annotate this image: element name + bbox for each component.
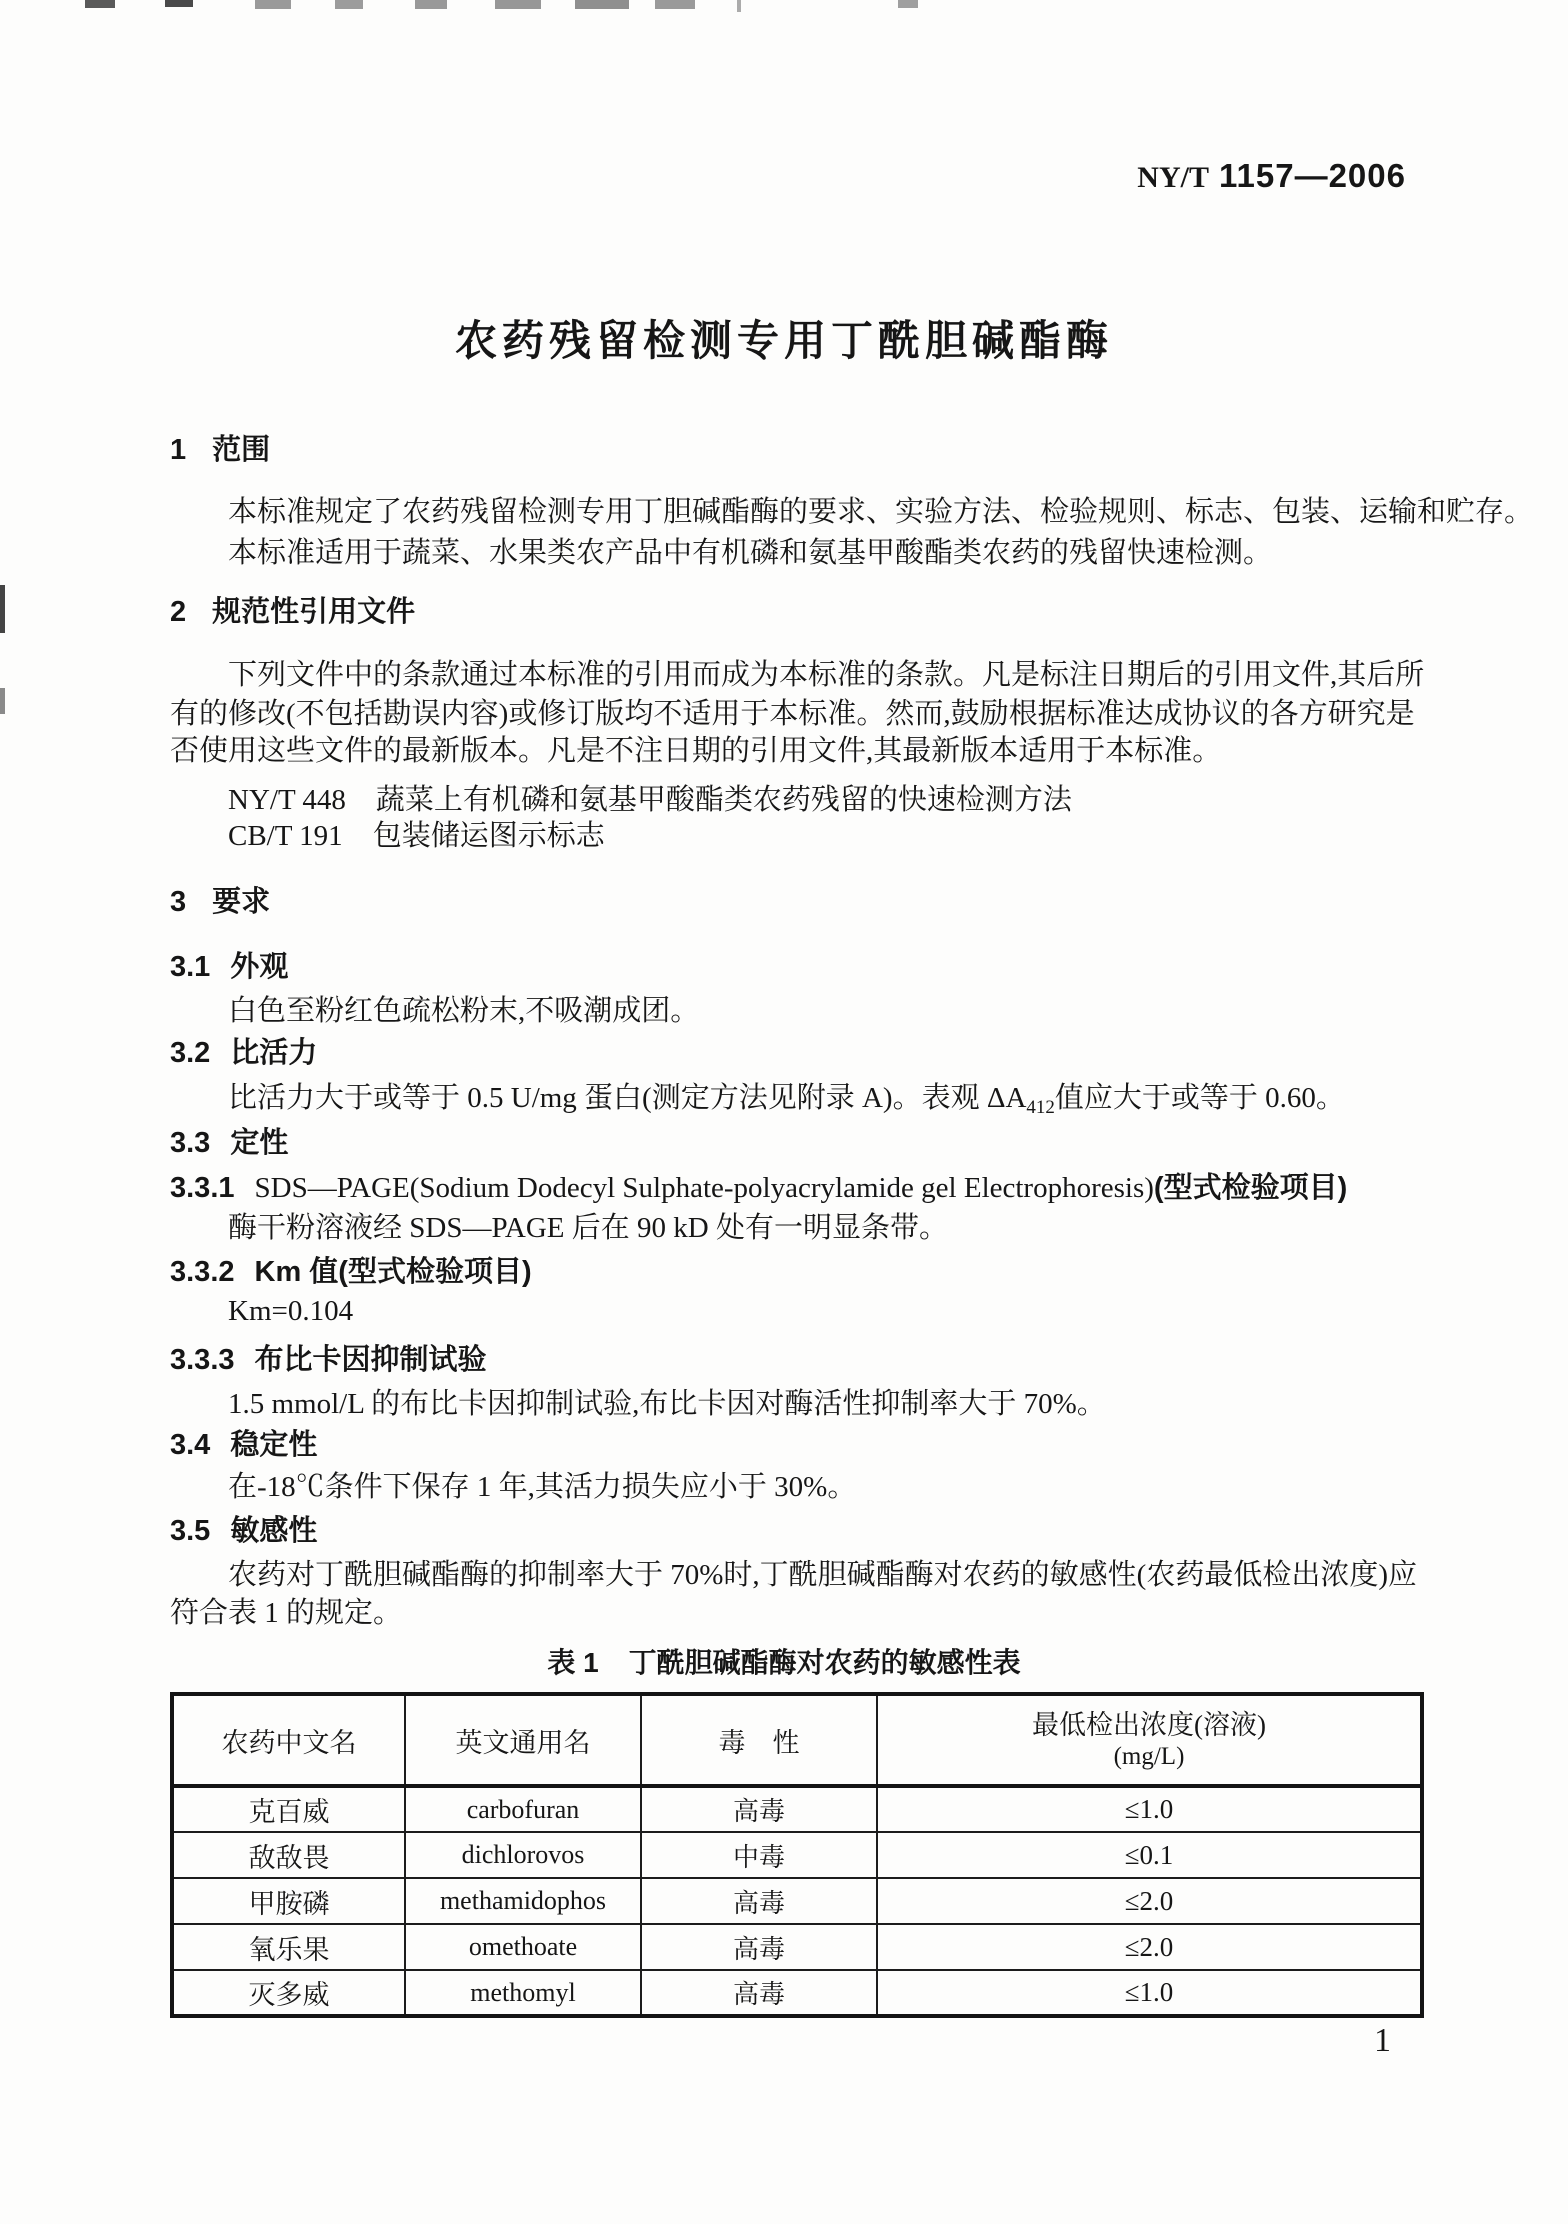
- standard-code: NY/T1157—2006: [1137, 156, 1406, 198]
- section-title: 敏感性: [230, 1511, 317, 1551]
- cell-pesticide-en: omethoate: [405, 1924, 641, 1970]
- heading-chinese-part: (型式检验项目): [1154, 1168, 1347, 1208]
- column-header-mdl-line1: 最低检出浓度(溶液): [878, 1708, 1420, 1742]
- cell-pesticide-en: carbofuran: [405, 1786, 641, 1832]
- table-row: 灭多威 methomyl 高毒 ≤1.0: [172, 1970, 1422, 2016]
- section-3-3-2-heading: 3.3.2Km 值(型式检验项目): [170, 1252, 532, 1292]
- cell-toxicity: 高毒: [641, 1786, 877, 1832]
- scan-artifact: [898, 0, 918, 8]
- section-number: 3.3: [170, 1123, 210, 1163]
- paragraph-specific-activity: 比活力大于或等于 0.5 U/mg 蛋白(测定方法见附录 A)。表观 ΔA412…: [228, 1078, 1345, 1128]
- section-number: 3.1: [170, 947, 210, 987]
- section-number: 3.4: [170, 1425, 210, 1465]
- section-1-heading: 1范围: [170, 430, 270, 470]
- paragraph-references-line2: 有的修改(不包括勘误内容)或修订版均不适用于本标准。然而,鼓励根据标准达成协议的…: [170, 694, 1415, 734]
- cell-pesticide-cn: 敌敌畏: [172, 1832, 405, 1878]
- paragraph-stability: 在-18℃条件下保存 1 年,其活力损失应小于 30%。: [228, 1467, 856, 1507]
- cell-toxicity: 高毒: [641, 1878, 877, 1924]
- table-row: 氧乐果 omethoate 高毒 ≤2.0: [172, 1924, 1422, 1970]
- standard-code-prefix: NY/T: [1137, 161, 1209, 194]
- cell-pesticide-cn: 氧乐果: [172, 1924, 405, 1970]
- table-header-row: 农药中文名 英文通用名 毒 性 最低检出浓度(溶液) (mg/L): [172, 1694, 1422, 1786]
- reference-item-2: CB/T 191包装储运图示标志: [228, 816, 605, 856]
- section-title: 外观: [230, 947, 288, 987]
- heading-english-part: SDS—PAGE(Sodium Dodecyl Sulphate-polyacr…: [255, 1168, 1154, 1208]
- section-title: 布比卡因抑制试验: [255, 1340, 487, 1380]
- table-row: 甲胺磷 methamidophos 高毒 ≤2.0: [172, 1878, 1422, 1924]
- section-title: 要求: [212, 882, 270, 922]
- section-2-heading: 2规范性引用文件: [170, 592, 415, 632]
- column-header-toxicity: 毒 性: [641, 1694, 877, 1786]
- scan-artifact: [165, 0, 193, 7]
- scan-artifact: [575, 0, 629, 9]
- table-row: 敌敌畏 dichlorovos 中毒 ≤0.1: [172, 1832, 1422, 1878]
- section-title: 定性: [230, 1123, 288, 1163]
- section-title: 比活力: [230, 1033, 317, 1073]
- cell-pesticide-en: methomyl: [405, 1970, 641, 2016]
- scan-artifact: [0, 585, 5, 633]
- section-title: 规范性引用文件: [212, 592, 415, 632]
- scan-artifact: [495, 0, 541, 9]
- section-number: 3.3.2: [170, 1252, 235, 1292]
- cell-pesticide-en: methamidophos: [405, 1878, 641, 1924]
- section-title: 范围: [212, 430, 270, 470]
- scan-artifact: [655, 0, 695, 9]
- specific-activity-text-end: 值应大于或等于 0.60。: [1055, 1082, 1345, 1114]
- section-number: 3.3.1: [170, 1168, 235, 1208]
- reference-title: 蔬菜上有机磷和氨基甲酸酯类农药残留的快速检测方法: [376, 780, 1072, 820]
- section-number: 3.3.3: [170, 1340, 235, 1380]
- cell-pesticide-en: dichlorovos: [405, 1832, 641, 1878]
- section-title: 稳定性: [230, 1425, 317, 1465]
- section-3-4-heading: 3.4稳定性: [170, 1425, 317, 1465]
- table-caption-number: 表 1: [547, 1647, 598, 1678]
- cell-mdl: ≤2.0: [877, 1878, 1422, 1924]
- document-page: NY/T1157—2006 农药残留检测专用丁酰胆碱酯酶 1范围 本标准规定了农…: [0, 0, 1568, 2224]
- scan-artifact: [335, 0, 363, 9]
- paragraph-bupivacaine: 1.5 mmol/L 的布比卡因抑制试验,布比卡因对酶活性抑制率大于 70%。: [228, 1384, 1106, 1424]
- specific-activity-text: 比活力大于或等于 0.5 U/mg 蛋白(测定方法见附录 A)。表观 ΔA: [228, 1082, 1026, 1114]
- section-3-3-3-heading: 3.3.3布比卡因抑制试验: [170, 1340, 487, 1380]
- paragraph-sensitivity-line2: 符合表 1 的规定。: [170, 1593, 402, 1633]
- scan-artifact: [737, 0, 741, 12]
- cell-mdl: ≤1.0: [877, 1786, 1422, 1832]
- paragraph-km-value: Km=0.104: [228, 1291, 353, 1331]
- sensitivity-table: 农药中文名 英文通用名 毒 性 最低检出浓度(溶液) (mg/L) 克百威 ca…: [170, 1692, 1424, 2018]
- reference-title: 包装储运图示标志: [373, 816, 605, 856]
- column-header-mdl: 最低检出浓度(溶液) (mg/L): [877, 1694, 1422, 1786]
- cell-mdl: ≤2.0: [877, 1924, 1422, 1970]
- section-3-3-1-heading: 3.3.1SDS—PAGE(Sodium Dodecyl Sulphate-po…: [170, 1168, 1347, 1208]
- section-3-3-heading: 3.3定性: [170, 1123, 288, 1163]
- section-number: 3.2: [170, 1033, 210, 1073]
- cell-mdl: ≤1.0: [877, 1970, 1422, 2016]
- cell-toxicity: 高毒: [641, 1970, 877, 2016]
- cell-mdl: ≤0.1: [877, 1832, 1422, 1878]
- paragraph-appearance: 白色至粉红色疏松粉末,不吸潮成团。: [228, 991, 699, 1031]
- cell-pesticide-cn: 灭多威: [172, 1970, 405, 2016]
- delta-a-subscript: 412: [1026, 1097, 1055, 1118]
- paragraph-scope-2: 本标准适用于蔬菜、水果类农产品中有机磷和氨基甲酸酯类农药的残留快速检测。: [228, 533, 1272, 573]
- scan-artifact: [255, 0, 291, 9]
- section-3-1-heading: 3.1外观: [170, 947, 288, 987]
- reference-item-1: NY/T 448蔬菜上有机磷和氨基甲酸酯类农药残留的快速检测方法: [228, 780, 1072, 820]
- cell-pesticide-cn: 克百威: [172, 1786, 405, 1832]
- paragraph-scope-1: 本标准规定了农药残留检测专用丁胆碱酯酶的要求、实验方法、检验规则、标志、包装、运…: [228, 492, 1533, 532]
- column-header-pesticide-cn: 农药中文名: [172, 1694, 405, 1786]
- cell-toxicity: 中毒: [641, 1832, 877, 1878]
- paragraph-references-line3: 否使用这些文件的最新版本。凡是不注日期的引用文件,其最新版本适用于本标准。: [170, 731, 1221, 771]
- table-caption-text: 丁酰胆碱酯酶对农药的敏感性表: [629, 1647, 1021, 1678]
- section-number: 3.5: [170, 1511, 210, 1551]
- column-header-mdl-unit: (mg/L): [878, 1742, 1420, 1772]
- section-3-2-heading: 3.2比活力: [170, 1033, 317, 1073]
- document-title: 农药残留检测专用丁酰胆碱酯酶: [0, 308, 1568, 368]
- reference-code: CB/T 191: [228, 816, 343, 856]
- cell-pesticide-cn: 甲胺磷: [172, 1878, 405, 1924]
- scan-artifact: [415, 0, 447, 9]
- cell-toxicity: 高毒: [641, 1924, 877, 1970]
- section-3-5-heading: 3.5敏感性: [170, 1511, 317, 1551]
- table-row: 克百威 carbofuran 高毒 ≤1.0: [172, 1786, 1422, 1832]
- standard-code-number: 1157—2006: [1219, 157, 1406, 194]
- scan-artifact: [85, 0, 115, 8]
- page-number: 1: [1374, 2022, 1391, 2060]
- section-number: 2: [170, 592, 186, 632]
- table-caption: 表 1丁酰胆碱酯酶对农药的敏感性表: [0, 1641, 1568, 1681]
- section-3-heading: 3要求: [170, 882, 270, 922]
- paragraph-sensitivity-line1: 农药对丁酰胆碱酯酶的抑制率大于 70%时,丁酰胆碱酯酶对农药的敏感性(农药最低检…: [228, 1555, 1417, 1595]
- scan-artifact: [0, 688, 5, 714]
- section-title: Km 值(型式检验项目): [255, 1252, 532, 1292]
- column-header-pesticide-en: 英文通用名: [405, 1694, 641, 1786]
- paragraph-sds-page: 酶干粉溶液经 SDS—PAGE 后在 90 kD 处有一明显条带。: [228, 1208, 948, 1248]
- section-number: 1: [170, 430, 186, 470]
- section-number: 3: [170, 882, 186, 922]
- paragraph-references-line1: 下列文件中的条款通过本标准的引用而成为本标准的条款。凡是标注日期后的引用文件,其…: [228, 655, 1424, 695]
- reference-code: NY/T 448: [228, 780, 346, 820]
